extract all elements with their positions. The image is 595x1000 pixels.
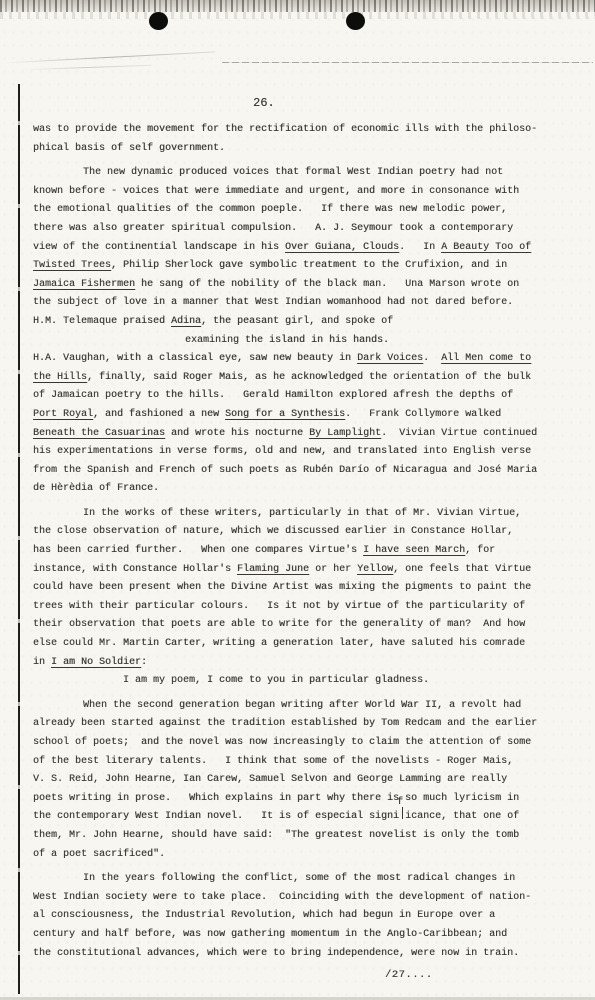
- punch-hole-dot-right: [346, 12, 365, 30]
- text-line: H.A. Vaughan, with a classical eye, saw …: [33, 350, 581, 369]
- text-segment: , one feels that Virtue: [393, 564, 531, 575]
- text-segment: in: [33, 657, 51, 668]
- crease-line: [222, 62, 593, 63]
- underlined-title: A Beauty Too of: [441, 242, 531, 253]
- text-segment: poets writing in prose. Which explains i…: [33, 793, 519, 804]
- scan-noise-band: [0, 0, 595, 12]
- text-line: known before - voices that were immediat…: [33, 183, 581, 202]
- underlined-title: I have seen March: [363, 545, 465, 556]
- paragraph: was to provide the movement for the rect…: [33, 121, 581, 158]
- underlined-title: Yellow: [357, 564, 393, 575]
- text-segment: The new dynamic produced voices that for…: [83, 167, 503, 178]
- text-segment: from the Spanish and French of such poet…: [33, 465, 537, 476]
- text-line: has been carried further. When one compa…: [33, 542, 581, 561]
- text-segment: there was also greater spiritual compuls…: [33, 223, 513, 234]
- underlined-title: Twisted Trees: [33, 260, 111, 271]
- text-segment: , finally, said Roger Mais, as he acknow…: [87, 372, 531, 383]
- text-segment: In the years following the conflict, som…: [83, 873, 515, 884]
- text-line: them, Mr. John Hearne, should have said:…: [33, 827, 581, 846]
- underlined-title: I am No Soldier: [51, 657, 141, 668]
- punch-hole-dot-left: [149, 12, 168, 30]
- text-block: was to provide the movement for the rect…: [33, 121, 581, 963]
- text-line: West Indian society were to take place. …: [33, 889, 581, 908]
- underlined-title: By Lamplight: [309, 428, 381, 439]
- underlined-title: Adina: [171, 316, 201, 327]
- underlined-title: Over Guiana, Clouds: [285, 242, 399, 253]
- scratch-mark: [0, 51, 215, 63]
- underlined-title: Song for a Synthesis: [225, 409, 345, 420]
- text-segment: has been carried further. When one compa…: [33, 545, 363, 556]
- text-segment: was to provide the movement for the rect…: [33, 124, 537, 135]
- text-segment: the constitutional advances, which were …: [33, 948, 519, 959]
- text-line: else could Mr. Martin Carter, writing a …: [33, 635, 581, 654]
- text-segment: H.A. Vaughan, with a classical eye, saw …: [33, 353, 357, 364]
- text-segment: his experimentations in verse forms, old…: [33, 446, 531, 457]
- text-segment: or her: [309, 564, 357, 575]
- text-segment: , for: [465, 545, 495, 556]
- text-segment: West Indian society were to take place. …: [33, 892, 531, 903]
- text-line: could have been present when the Divine …: [33, 579, 581, 598]
- text-segment: , Philip Sherlock gave symbolic treatmen…: [111, 260, 507, 271]
- text-segment: else could Mr. Martin Carter, writing a …: [33, 638, 525, 649]
- text-segment: :: [141, 657, 147, 668]
- text-line: the emotional qualities of the common po…: [33, 201, 581, 220]
- text-line: When the second generation began writing…: [33, 697, 581, 716]
- text-segment: of the best literary talents. I think th…: [33, 756, 513, 767]
- text-segment: the close observation of nature, which w…: [33, 526, 513, 537]
- text-line: from the Spanish and French of such poet…: [33, 462, 581, 481]
- text-segment: When the second generation began writing…: [83, 700, 521, 711]
- text-line: of the best literary talents. I think th…: [33, 753, 581, 772]
- insertion-char: f: [397, 794, 403, 813]
- text-segment: , and fashioned a new: [93, 409, 225, 420]
- paragraph: In the works of these writers, particula…: [33, 505, 581, 672]
- text-segment: them, Mr. John Hearne, should have said:…: [33, 830, 519, 841]
- handwritten-insertion: f: [399, 808, 405, 818]
- text-segment: In the works of these writers, particula…: [83, 508, 521, 519]
- text-line: phical basis of self government.: [33, 140, 581, 159]
- text-segment: he sang of the nobility of the black man…: [135, 279, 519, 290]
- text-line: century and half before, was now gatheri…: [33, 926, 581, 945]
- scratch-mark: [22, 65, 152, 71]
- text-line: H.M. Telemaque praised Adina, the peasan…: [33, 313, 581, 332]
- text-segment: icance, that one of: [405, 811, 519, 822]
- text-line: view of the continential landscape in hi…: [33, 239, 581, 258]
- text-line: In the works of these writers, particula…: [33, 505, 581, 524]
- text-line: Port Royal, and fashioned a new Song for…: [33, 406, 581, 425]
- text-segment: .: [423, 353, 441, 364]
- text-line: their observation that poets are able to…: [33, 616, 581, 635]
- text-segment: instance, with Constance Hollar's: [33, 564, 237, 575]
- text-line: there was also greater spiritual compuls…: [33, 220, 581, 239]
- text-segment: examining the island in his hands.: [185, 335, 389, 346]
- text-line: of a poet sacrificed".: [33, 846, 581, 865]
- text-segment: the contemporary West Indian novel. It i…: [33, 811, 399, 822]
- text-segment: century and half before, was now gatheri…: [33, 929, 507, 940]
- text-line: already been started against the traditi…: [33, 715, 581, 734]
- text-line: his experimentations in verse forms, old…: [33, 443, 581, 462]
- underlined-title: Port Royal: [33, 409, 93, 420]
- text-line: al consciousness, the Industrial Revolut…: [33, 907, 581, 926]
- text-line: of Jamaican poetry to the hills. Gerald …: [33, 387, 581, 406]
- page-number: 26.: [253, 96, 275, 110]
- underlined-title: the Hills: [33, 372, 87, 383]
- underlined-title: All Men come to: [441, 353, 531, 364]
- text-line: poets writing in prose. Which explains i…: [33, 790, 581, 809]
- paragraph: In the years following the conflict, som…: [33, 870, 581, 963]
- text-segment: de Hèrèdia of France.: [33, 483, 159, 494]
- text-line: the Hills, finally, said Roger Mais, as …: [33, 369, 581, 388]
- text-line: I am my poem, I come to you in particula…: [33, 672, 581, 691]
- text-segment: . In: [399, 242, 441, 253]
- text-segment: view of the continential landscape in hi…: [33, 242, 285, 253]
- text-segment: H.M. Telemaque praised: [33, 316, 171, 327]
- text-segment: school of poets; and the novel was now i…: [33, 737, 531, 748]
- paragraph: When the second generation began writing…: [33, 697, 581, 864]
- underlined-title: Dark Voices: [357, 353, 423, 364]
- text-line: In the years following the conflict, som…: [33, 870, 581, 889]
- text-line: was to provide the movement for the rect…: [33, 121, 581, 140]
- underlined-title: Beneath the Casuarinas: [33, 428, 165, 439]
- text-line: the close observation of nature, which w…: [33, 523, 581, 542]
- text-segment: al consciousness, the Industrial Revolut…: [33, 910, 495, 921]
- text-segment: the subject of love in a manner that Wes…: [33, 297, 513, 308]
- text-segment: the emotional qualities of the common po…: [33, 204, 507, 215]
- scanned-page: 26. was to provide the movement for the …: [0, 0, 595, 1000]
- text-line: instance, with Constance Hollar's Flamin…: [33, 561, 581, 580]
- text-segment: . Frank Collymore walked: [345, 409, 501, 420]
- block-quote: I am my poem, I come to you in particula…: [33, 672, 581, 691]
- text-segment: and wrote his nocturne: [165, 428, 309, 439]
- underlined-title: Flaming June: [237, 564, 309, 575]
- text-line: the contemporary West Indian novel. It i…: [33, 808, 581, 827]
- text-segment: already been started against the traditi…: [33, 718, 537, 729]
- text-segment: phical basis of self government.: [33, 143, 225, 154]
- text-line: the constitutional advances, which were …: [33, 945, 581, 964]
- text-line: V. S. Reid, John Hearne, Ian Carew, Samu…: [33, 771, 581, 790]
- text-segment: of Jamaican poetry to the hills. Gerald …: [33, 390, 513, 401]
- page-continuation-marker: /27....: [385, 969, 433, 981]
- text-line: Beneath the Casuarinas and wrote his noc…: [33, 425, 581, 444]
- text-line: Jamaica Fishermen he sang of the nobilit…: [33, 276, 581, 295]
- text-line: trees with their particular colours. Is …: [33, 598, 581, 617]
- text-line: in I am No Soldier:: [33, 654, 581, 673]
- text-segment: of a poet sacrificed".: [33, 849, 165, 860]
- text-segment: their observation that poets are able to…: [33, 619, 525, 630]
- left-margin-rule: [18, 84, 20, 994]
- text-line: Twisted Trees, Philip Sherlock gave symb…: [33, 257, 581, 276]
- text-line: school of poets; and the novel was now i…: [33, 734, 581, 753]
- text-line: the subject of love in a manner that Wes…: [33, 294, 581, 313]
- text-segment: could have been present when the Divine …: [33, 582, 531, 593]
- text-line: examining the island in his hands.: [33, 332, 581, 351]
- text-segment: , the peasant girl, and spoke of: [201, 316, 393, 327]
- text-segment: V. S. Reid, John Hearne, Ian Carew, Samu…: [33, 774, 507, 785]
- text-segment: . Vivian Virtue continued: [381, 428, 537, 439]
- text-segment: trees with their particular colours. Is …: [33, 601, 525, 612]
- text-line: The new dynamic produced voices that for…: [33, 164, 581, 183]
- text-line: de Hèrèdia of France.: [33, 480, 581, 499]
- text-segment: known before - voices that were immediat…: [33, 186, 519, 197]
- paragraph: The new dynamic produced voices that for…: [33, 164, 581, 499]
- underlined-title: Jamaica Fishermen: [33, 279, 135, 290]
- text-segment: I am my poem, I come to you in particula…: [123, 675, 429, 686]
